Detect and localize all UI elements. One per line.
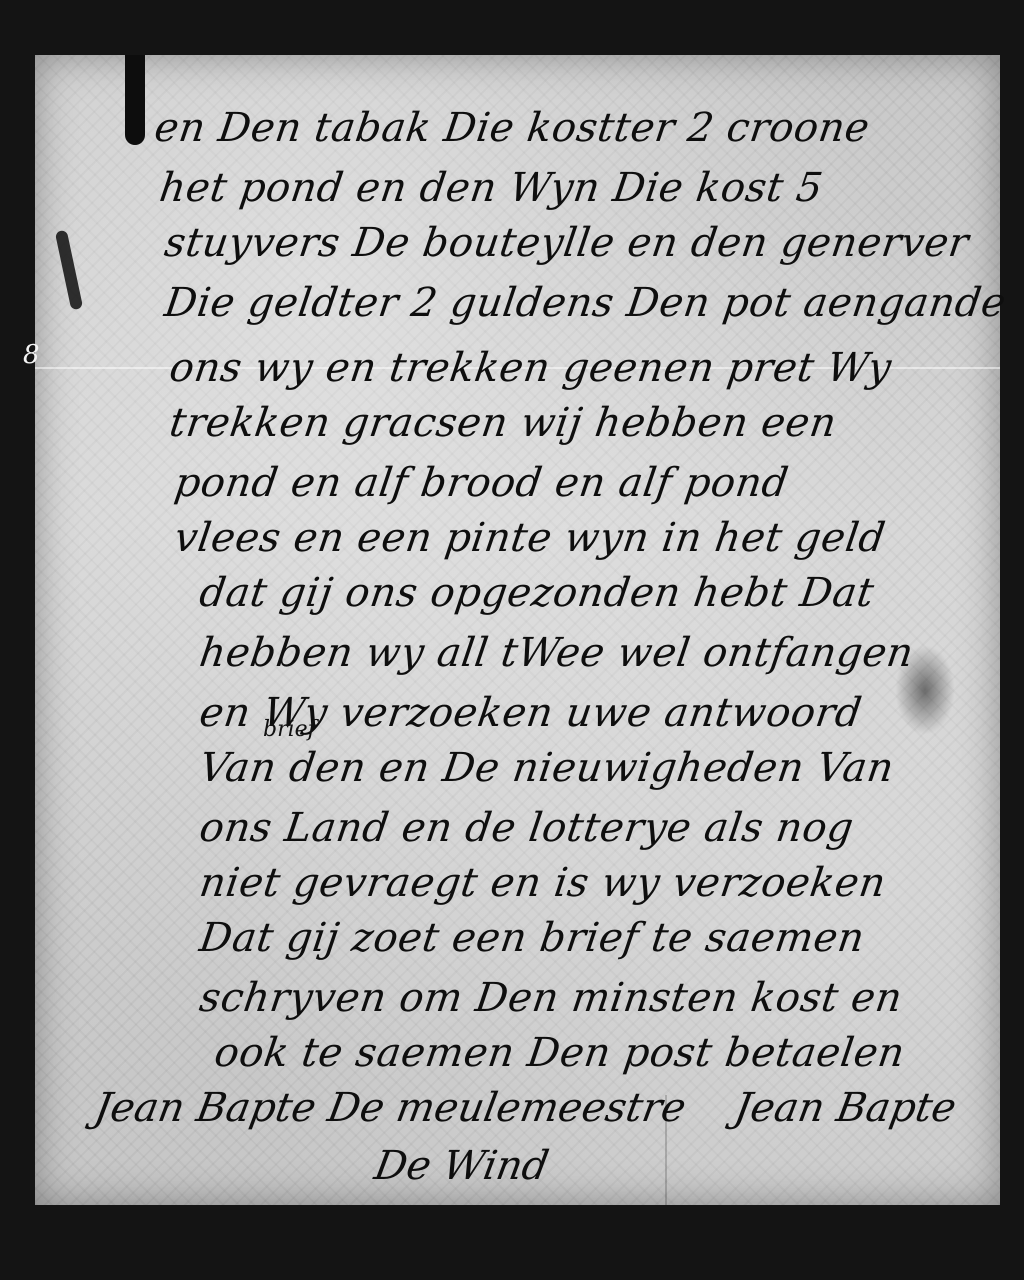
text-line: hebben wy all tWee wel ontfangen — [197, 630, 917, 676]
signature-2-surname: De Wind — [371, 1143, 552, 1189]
text-line: en Den tabak Die kostter 2 croone — [152, 105, 873, 151]
inserted-word: brief — [263, 717, 316, 742]
text-line: vlees en een pinte wyn in het geld — [172, 515, 889, 561]
text-line: ons wy en trekken geenen pret Wy — [167, 345, 895, 391]
text-line: schryven om Den minsten kost en — [197, 975, 905, 1021]
text-line: trekken gracsen wij hebben een — [167, 400, 840, 446]
text-line: niet gevraegt en is wy verzoeken — [197, 860, 889, 906]
text-line: ook te saemen Den post betaelen — [212, 1030, 908, 1076]
scanned-document: 8 en Den tabak Die kostter 2 croone het … — [0, 0, 1024, 1280]
text-line: Die geldter 2 guldens Den pot aengande — [162, 280, 1009, 326]
text-line: Van den en De nieuwigheden Van — [197, 745, 897, 791]
text-line: Dat gij zoet een brief te saemen — [197, 915, 868, 961]
signature-1: Jean Bapte De meulemeestre — [91, 1085, 689, 1131]
signature-2-first-name: Jean Bapte — [731, 1085, 960, 1131]
text-line: stuyvers De bouteylle en den generver — [162, 220, 972, 266]
text-line: het pond en den Wyn Die kost 5 — [157, 165, 826, 211]
text-line: pond en alf brood en alf pond — [172, 460, 792, 506]
letter-page: 8 en Den tabak Die kostter 2 croone het … — [35, 55, 1000, 1205]
letter-body: en Den tabak Die kostter 2 croone het po… — [35, 55, 1000, 1205]
text-line: dat gij ons opgezonden hebt Dat — [197, 570, 877, 616]
text-line: ons Land en de lotterye als nog — [197, 805, 857, 851]
